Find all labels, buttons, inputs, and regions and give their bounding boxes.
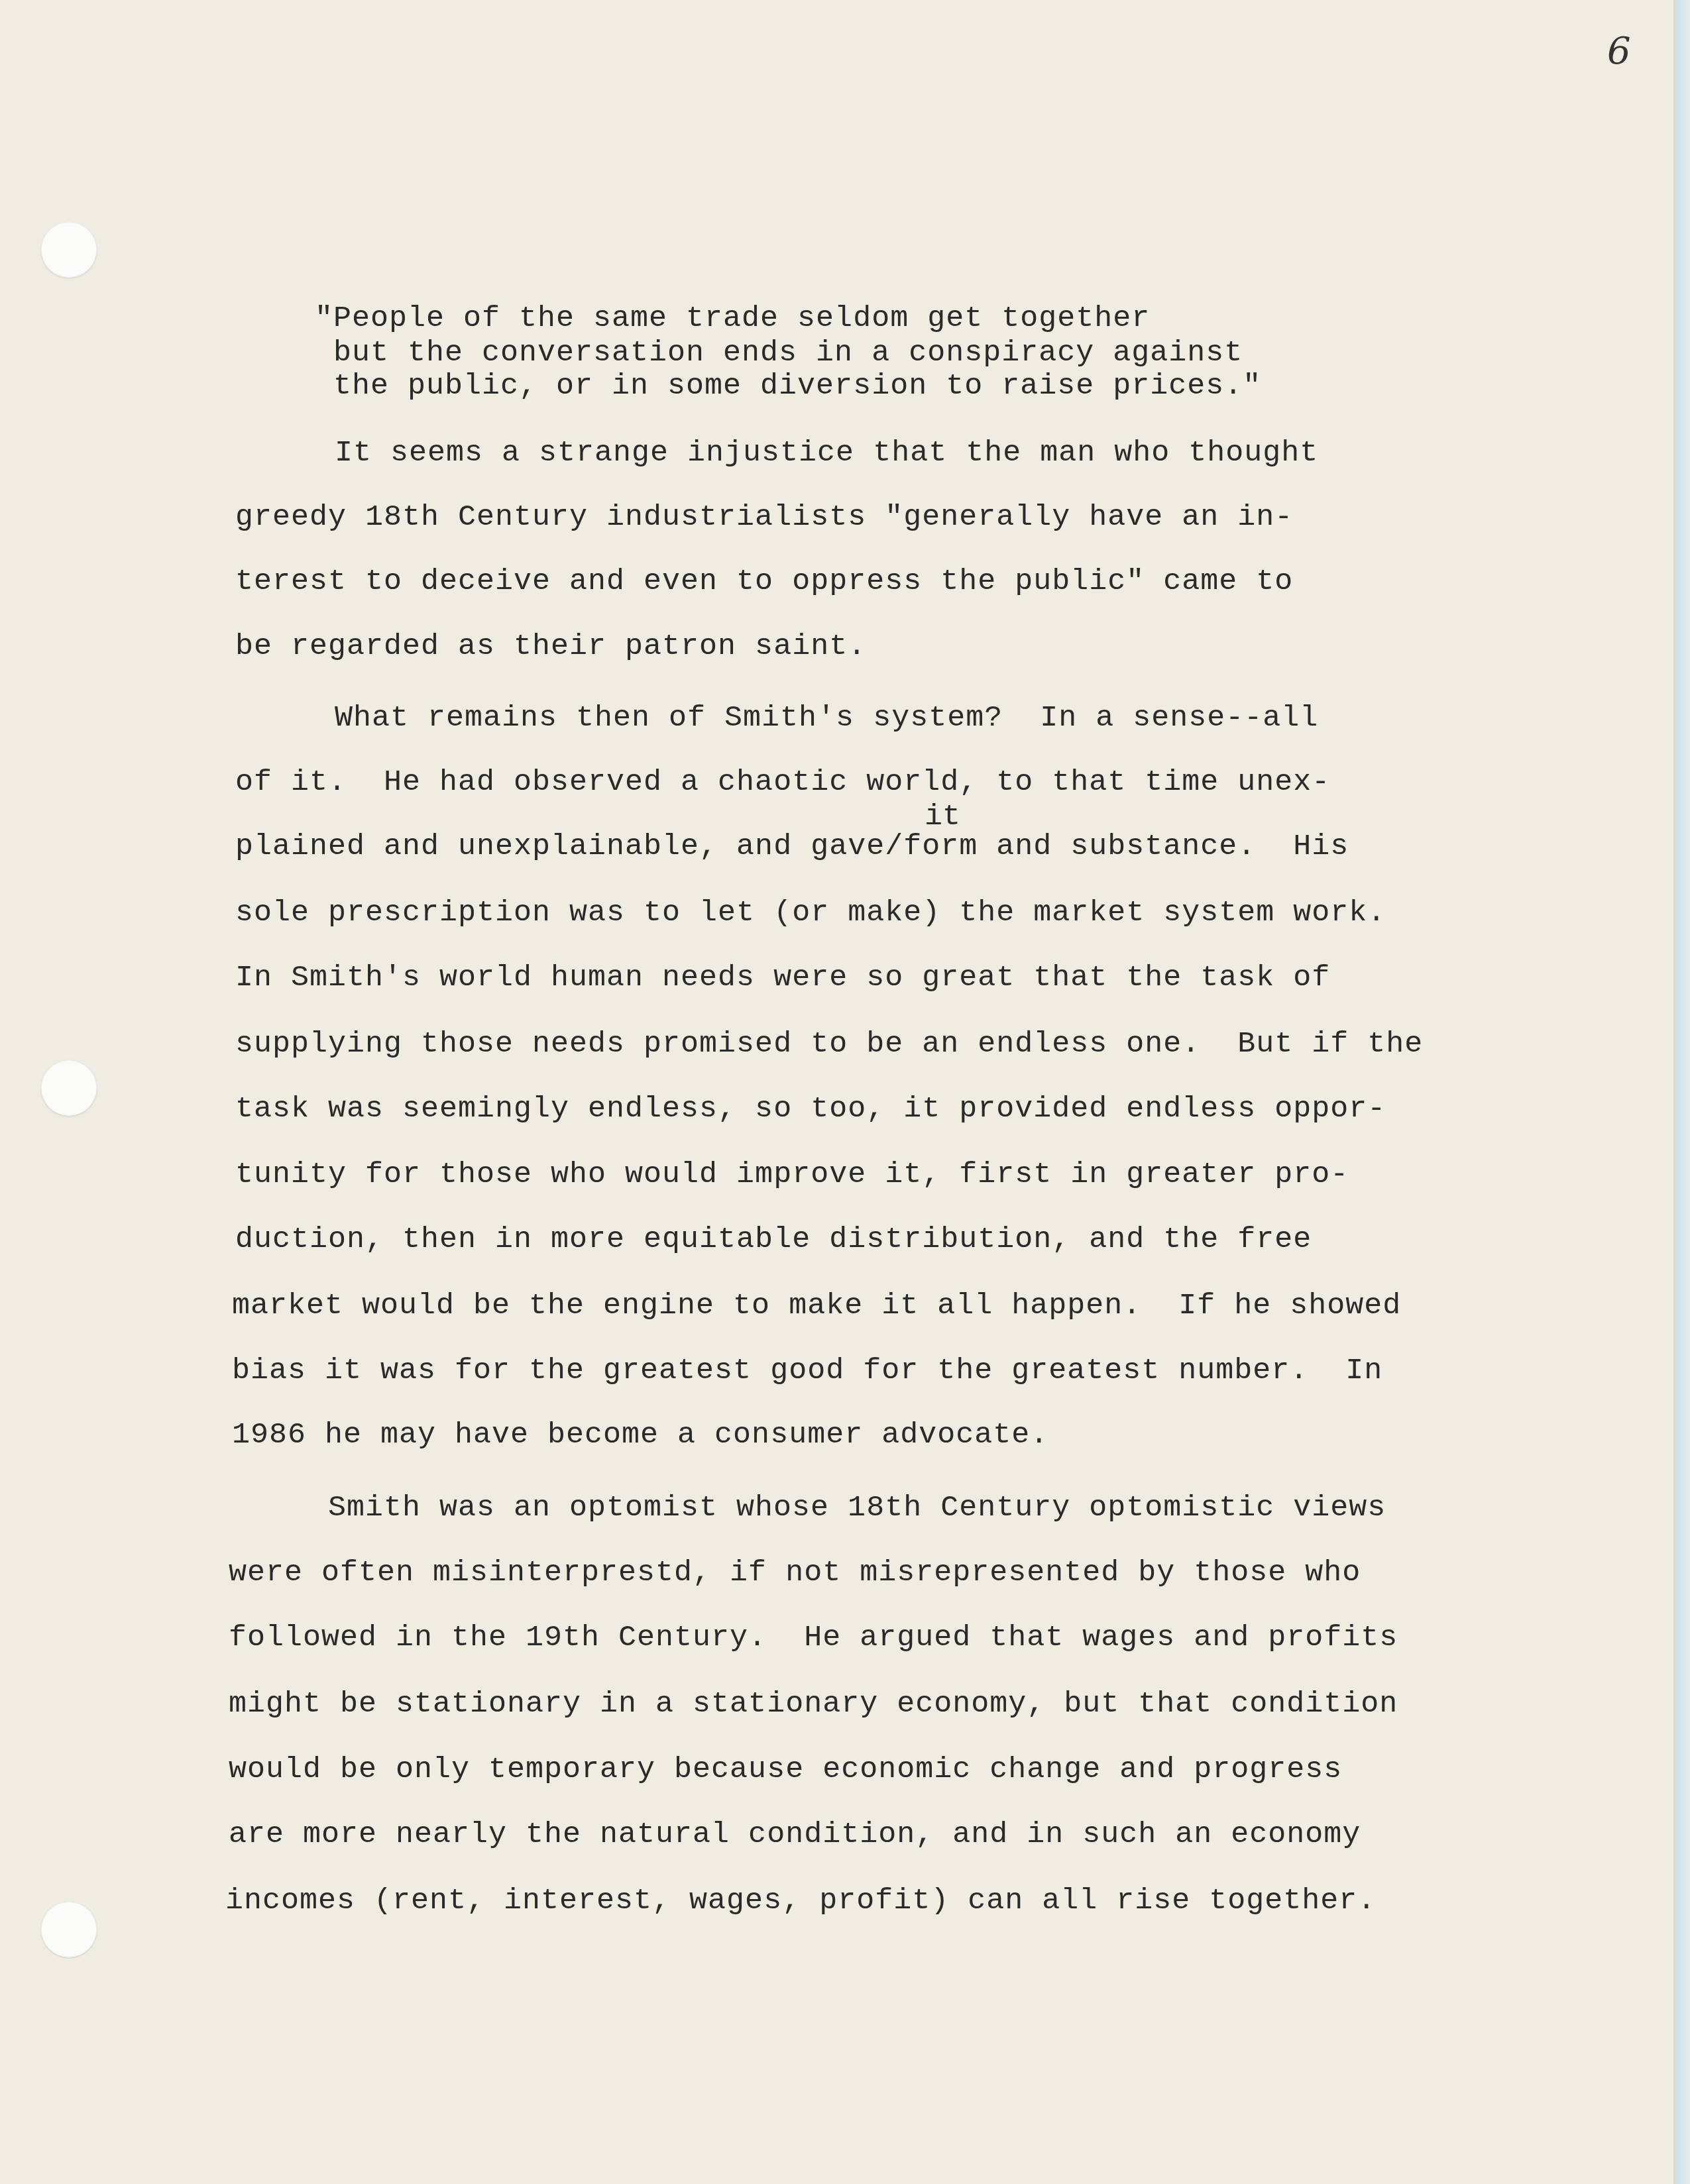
quote-line: the public, or in some diversion to rais… xyxy=(315,369,1261,403)
paragraph-line: It seems a strange injustice that the ma… xyxy=(335,436,1318,470)
paragraph-line: 1986 he may have become a consumer advoc… xyxy=(232,1418,1048,1452)
paragraph-line: Smith was an optomist whose 18th Century… xyxy=(328,1491,1386,1525)
paragraph-line: greedy 18th Century industrialists "gene… xyxy=(235,500,1293,534)
punch-hole-bottom xyxy=(41,1902,97,1957)
paragraph-line: terest to deceive and even to oppress th… xyxy=(235,565,1293,598)
paragraph-line: would be only temporary because economic… xyxy=(229,1753,1342,1786)
paragraph-line: were often misinterprestd, if not misrep… xyxy=(229,1556,1361,1590)
paragraph-line: are more nearly the natural condition, a… xyxy=(229,1818,1361,1851)
quote-line: but the conversation ends in a conspirac… xyxy=(315,336,1243,370)
paragraph-line: market would be the engine to make it al… xyxy=(232,1289,1401,1323)
paragraph-line: of it. He had observed a chaotic world, … xyxy=(235,765,1330,799)
paragraph-line: followed in the 19th Century. He argued … xyxy=(229,1621,1398,1655)
paragraph-line: sole prescription was to let (or make) t… xyxy=(235,896,1386,930)
paragraph-line: supplying those needs promised to be an … xyxy=(235,1027,1423,1061)
punch-hole-middle xyxy=(41,1060,97,1116)
paragraph-line: In Smith's world human needs were so gre… xyxy=(235,961,1330,995)
interlinear-insert: it xyxy=(925,800,960,834)
paragraph-line: might be stationary in a stationary econ… xyxy=(229,1687,1398,1721)
page-number: 6 xyxy=(1607,30,1631,73)
page-edge xyxy=(1673,0,1690,2184)
paragraph-line: task was seemingly endless, so too, it p… xyxy=(235,1092,1386,1126)
paragraph-line: incomes (rent, interest, wages, profit) … xyxy=(225,1884,1376,1918)
paragraph-line: plained and unexplainable, and gave/form… xyxy=(235,830,1349,863)
quote-line: "People of the same trade seldom get tog… xyxy=(315,301,1150,335)
paragraph-line: tunity for those who would improve it, f… xyxy=(235,1158,1349,1191)
paragraph-line: be regarded as their patron saint. xyxy=(235,629,866,663)
punch-hole-top xyxy=(41,222,97,278)
paragraph-line: duction, then in more equitable distribu… xyxy=(235,1223,1312,1256)
paragraph-line: What remains then of Smith's system? In … xyxy=(335,701,1318,735)
paragraph-line: bias it was for the greatest good for th… xyxy=(232,1354,1382,1388)
